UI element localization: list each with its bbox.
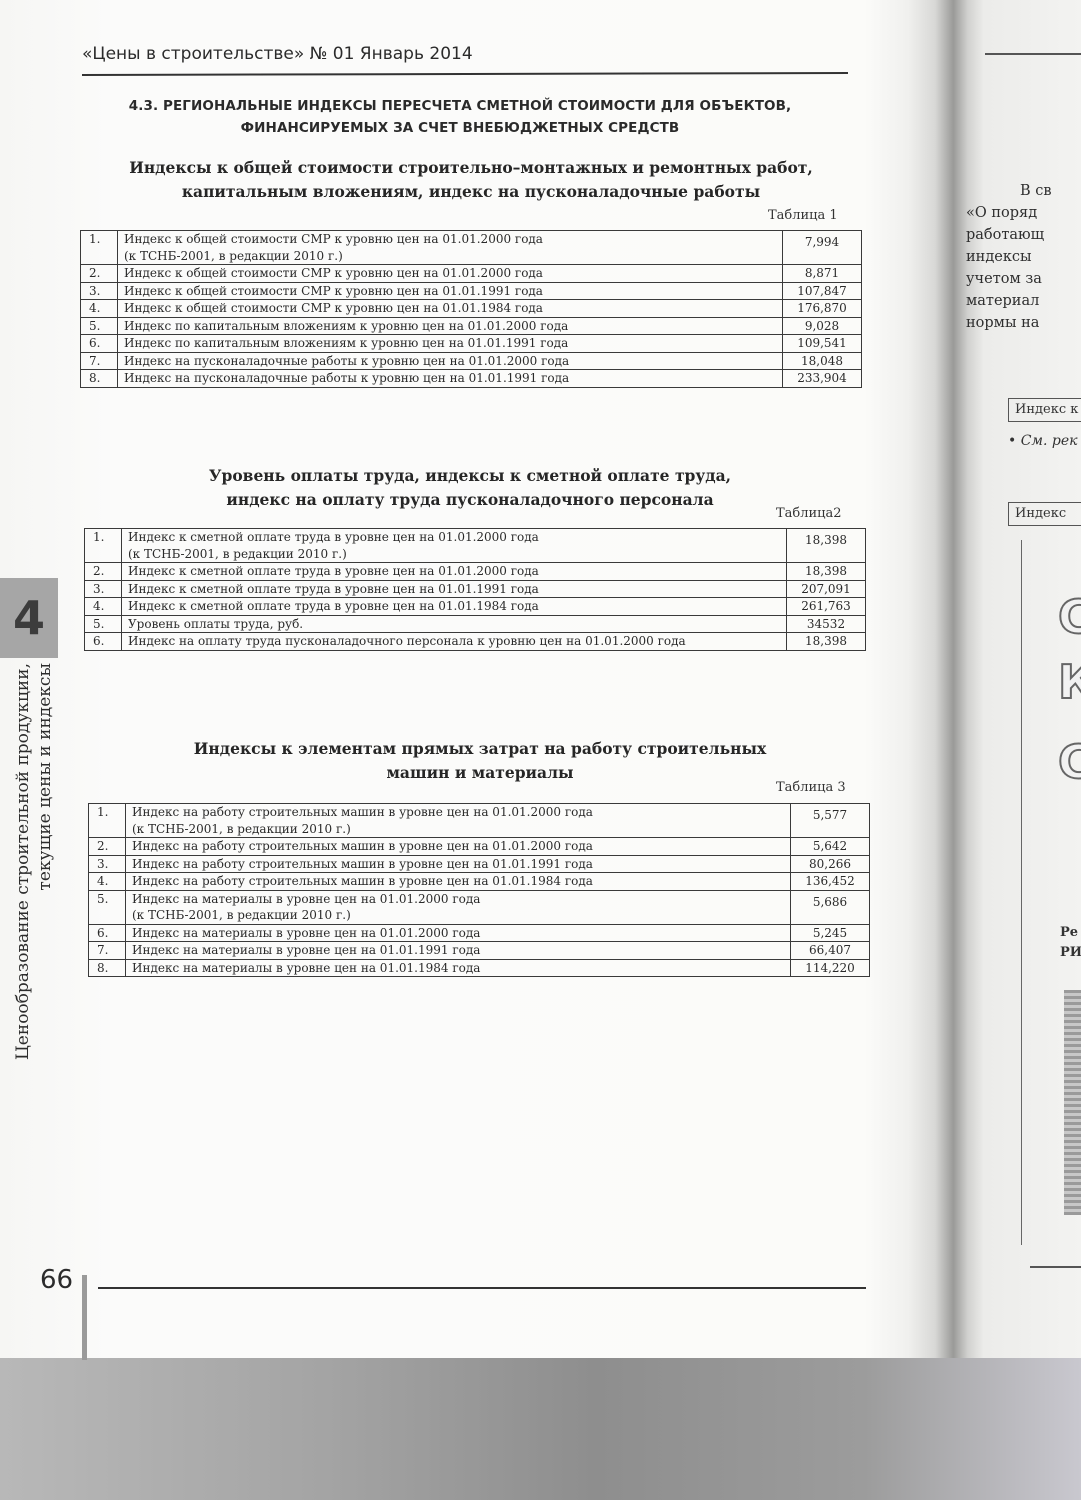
- row-description: Индекс к общей стоимости СМР к уровню це…: [118, 282, 783, 300]
- row-description: Индекс на материалы в уровне цен на 01.0…: [126, 959, 791, 977]
- table-row: 3.Индекс к общей стоимости СМР к уровню …: [81, 282, 862, 300]
- row-description: Индекс на работу строительных машин в ур…: [126, 855, 791, 873]
- neighbor-text-line: «О поряд: [966, 202, 1081, 224]
- row-description-line: Индекс к общей стоимости СМР к уровню це…: [124, 300, 776, 317]
- table2-title: Уровень оплаты труда, индексы к сметной …: [110, 464, 830, 512]
- table-row: 1.Индекс на работу строительных машин в …: [89, 804, 870, 838]
- row-description: Индекс на пусконаладочные работы к уровн…: [118, 370, 783, 388]
- index-value: 8,871: [783, 265, 862, 283]
- table3: 1.Индекс на работу строительных машин в …: [88, 803, 870, 977]
- row-description-line: Индекс на работу строительных машин в ур…: [132, 804, 784, 821]
- neighbor-text-line: работающ: [966, 224, 1081, 246]
- neighbor-text-line: нормы на: [966, 312, 1081, 334]
- neighbor-small-text: Ре: [1060, 925, 1078, 940]
- table-row: 7.Индекс на материалы в уровне цен на 01…: [89, 942, 870, 960]
- row-description: Индекс по капитальным вложениям к уровню…: [118, 317, 783, 335]
- table-row: 1.Индекс к сметной оплате труда в уровне…: [85, 529, 866, 563]
- index-value: 5,642: [791, 838, 870, 856]
- table2-caption: Таблица2: [776, 506, 842, 521]
- table-row: 2.Индекс к сметной оплате труда в уровне…: [85, 563, 866, 581]
- index-value: 207,091: [787, 580, 866, 598]
- neighbor-decorative-strip: [1064, 990, 1081, 1215]
- table-row: 6.Индекс по капитальным вложениям к уров…: [81, 335, 862, 353]
- row-number: 1.: [85, 529, 122, 563]
- row-number: 6.: [85, 633, 122, 651]
- table-row: 4.Индекс на работу строительных машин в …: [89, 873, 870, 891]
- row-number: 2.: [89, 838, 126, 856]
- table2: 1.Индекс к сметной оплате труда в уровне…: [84, 528, 866, 651]
- row-number: 3.: [81, 282, 118, 300]
- row-description-line: Индекс к общей стоимости СМР к уровню це…: [124, 231, 776, 248]
- row-number: 4.: [89, 873, 126, 891]
- table1-caption: Таблица 1: [768, 208, 838, 223]
- row-number: 6.: [81, 335, 118, 353]
- row-description: Индекс к сметной оплате труда в уровне ц…: [122, 529, 787, 563]
- table-row: 5.Уровень оплаты труда, руб.34532: [85, 615, 866, 633]
- neighbor-text-line: В св: [966, 180, 1081, 202]
- row-number: 5.: [81, 317, 118, 335]
- table-row: 4.Индекс к сметной оплате труда в уровне…: [85, 598, 866, 616]
- table3-caption: Таблица 3: [776, 780, 846, 795]
- table-row: 3.Индекс к сметной оплате труда в уровне…: [85, 580, 866, 598]
- row-description-line: (к ТСНБ-2001, в редакции 2010 г.): [132, 907, 784, 924]
- table1-title-line: капитальным вложениям, индекс на пускона…: [86, 180, 856, 204]
- table-row: 5.Индекс по капитальным вложениям к уров…: [81, 317, 862, 335]
- row-description: Индекс по капитальным вложениям к уровню…: [118, 335, 783, 353]
- row-description-line: Индекс к общей стоимости СМР к уровню це…: [124, 283, 776, 300]
- chapter-number: 4: [13, 591, 45, 645]
- row-description-line: Индекс к сметной оплате труда в уровне ц…: [128, 563, 780, 580]
- neighbor-text-line: индексы: [966, 246, 1081, 268]
- index-value: 5,686: [791, 890, 870, 924]
- row-description: Индекс к общей стоимости СМР к уровню це…: [118, 231, 783, 265]
- neighbor-small-text: РИ: [1060, 945, 1081, 960]
- table-row: 5.Индекс на материалы в уровне цен на 01…: [89, 890, 870, 924]
- table1: 1.Индекс к общей стоимости СМР к уровню …: [80, 230, 862, 388]
- section-title-line: ФИНАНСИРУЕМЫХ ЗА СЧЕТ ВНЕБЮДЖЕТНЫХ СРЕДС…: [100, 117, 820, 139]
- row-description-line: Индекс по капитальным вложениям к уровню…: [124, 318, 776, 335]
- index-value: 66,407: [791, 942, 870, 960]
- neighbor-big-letter: С: [1058, 735, 1081, 789]
- row-description-line: (к ТСНБ-2001, в редакции 2010 г.): [132, 821, 784, 838]
- row-description-line: Уровень оплаты труда, руб.: [128, 616, 780, 633]
- row-description: Индекс на материалы в уровне цен на 01.0…: [126, 924, 791, 942]
- row-number: 3.: [85, 580, 122, 598]
- index-value: 80,266: [791, 855, 870, 873]
- table2-title-line: индекс на оплату труда пусконаладочного …: [110, 488, 830, 512]
- index-value: 109,541: [783, 335, 862, 353]
- footer-rule: [98, 1287, 866, 1289]
- row-description: Индекс на пусконаладочные работы к уровн…: [118, 352, 783, 370]
- neighbor-footnote: • См. рек: [1008, 433, 1078, 449]
- table-row: 2.Индекс к общей стоимости СМР к уровню …: [81, 265, 862, 283]
- chapter-sidebar-line: Ценообразование строительной продукции,: [12, 663, 34, 1103]
- index-value: 261,763: [787, 598, 866, 616]
- row-number: 5.: [89, 890, 126, 924]
- row-description: Индекс на материалы в уровне цен на 01.0…: [126, 942, 791, 960]
- row-description: Индекс к сметной оплате труда в уровне ц…: [122, 580, 787, 598]
- row-number: 3.: [89, 855, 126, 873]
- row-description-line: Индекс по капитальным вложениям к уровню…: [124, 335, 776, 352]
- row-number: 1.: [89, 804, 126, 838]
- row-description: Индекс к общей стоимости СМР к уровню це…: [118, 265, 783, 283]
- row-description-line: Индекс на работу строительных машин в ур…: [132, 873, 784, 890]
- table3-title-line: Индексы к элементам прямых затрат на раб…: [140, 737, 820, 761]
- row-number: 4.: [81, 300, 118, 318]
- row-description-line: Индекс к сметной оплате труда в уровне ц…: [128, 598, 780, 615]
- section-title: 4.3. РЕГИОНАЛЬНЫЕ ИНДЕКСЫ ПЕРЕСЧЕТА СМЕТ…: [100, 95, 820, 139]
- row-description: Индекс на работу строительных машин в ур…: [126, 804, 791, 838]
- row-description-line: Индекс на пусконаладочные работы к уровн…: [124, 370, 776, 387]
- row-description-line: Индекс на оплату труда пусконаладочного …: [128, 633, 780, 650]
- neighbor-box: Индекс к: [1008, 398, 1081, 422]
- sidebar-rule: [82, 1275, 87, 1360]
- row-description-line: Индекс на работу строительных машин в ур…: [132, 856, 784, 873]
- row-number: 2.: [81, 265, 118, 283]
- row-description-line: Индекс к сметной оплате труда в уровне ц…: [128, 581, 780, 598]
- row-description: Уровень оплаты труда, руб.: [122, 615, 787, 633]
- table1-title-line: Индексы к общей стоимости строительно–мо…: [86, 156, 856, 180]
- row-number: 5.: [85, 615, 122, 633]
- table-row: 8.Индекс на пусконаладочные работы к уро…: [81, 370, 862, 388]
- row-number: 6.: [89, 924, 126, 942]
- row-number: 8.: [81, 370, 118, 388]
- index-value: 107,847: [783, 282, 862, 300]
- neighbor-text-line: материал: [966, 290, 1081, 312]
- row-description-line: Индекс к сметной оплате труда в уровне ц…: [128, 529, 780, 546]
- index-value: 18,398: [787, 563, 866, 581]
- table-row: 8.Индекс на материалы в уровне цен на 01…: [89, 959, 870, 977]
- row-description-line: Индекс на материалы в уровне цен на 01.0…: [132, 960, 784, 977]
- row-description-line: Индекс на материалы в уровне цен на 01.0…: [132, 891, 784, 908]
- running-header: «Цены в строительстве» № 01 Январь 2014: [82, 44, 473, 64]
- row-description: Индекс на работу строительных машин в ур…: [126, 873, 791, 891]
- table-row: 3.Индекс на работу строительных машин в …: [89, 855, 870, 873]
- index-value: 233,904: [783, 370, 862, 388]
- neighbor-big-letter: С: [1058, 590, 1081, 644]
- index-value: 136,452: [791, 873, 870, 891]
- row-description-line: Индекс на материалы в уровне цен на 01.0…: [132, 942, 784, 959]
- index-value: 114,220: [791, 959, 870, 977]
- table-row: 6.Индекс на оплату труда пусконаладочног…: [85, 633, 866, 651]
- table-row: 2.Индекс на работу строительных машин в …: [89, 838, 870, 856]
- chapter-sidebar-title: Ценообразование строительной продукции, …: [12, 663, 56, 1103]
- row-description-line: Индекс к общей стоимости СМР к уровню це…: [124, 265, 776, 282]
- index-value: 18,398: [787, 529, 866, 563]
- row-number: 4.: [85, 598, 122, 616]
- row-description: Индекс к сметной оплате труда в уровне ц…: [122, 598, 787, 616]
- neighbor-box: Индекс: [1008, 502, 1081, 526]
- neighbor-page-text: В св«О порядработающиндексыучетом замате…: [966, 180, 1081, 334]
- row-number: 7.: [81, 352, 118, 370]
- row-description: Индекс к общей стоимости СМР к уровню це…: [118, 300, 783, 318]
- row-number: 1.: [81, 231, 118, 265]
- table-row: 1.Индекс к общей стоимости СМР к уровню …: [81, 231, 862, 265]
- row-number: 7.: [89, 942, 126, 960]
- index-value: 18,398: [787, 633, 866, 651]
- row-description-line: (к ТСНБ-2001, в редакции 2010 г.): [124, 248, 776, 265]
- row-number: 8.: [89, 959, 126, 977]
- row-description: Индекс к сметной оплате труда в уровне ц…: [122, 563, 787, 581]
- table3-title: Индексы к элементам прямых затрат на раб…: [140, 737, 820, 785]
- index-value: 5,577: [791, 804, 870, 838]
- row-number: 2.: [85, 563, 122, 581]
- table1-title: Индексы к общей стоимости строительно–мо…: [86, 156, 856, 204]
- chapter-sidebar-line: текущие цены и индексы: [34, 663, 56, 1103]
- table-row: 6.Индекс на материалы в уровне цен на 01…: [89, 924, 870, 942]
- section-title-line: 4.3. РЕГИОНАЛЬНЫЕ ИНДЕКСЫ ПЕРЕСЧЕТА СМЕТ…: [100, 95, 820, 117]
- neighbor-text-line: учетом за: [966, 268, 1081, 290]
- table3-title-line: машин и материалы: [140, 761, 820, 785]
- index-value: 18,048: [783, 352, 862, 370]
- row-description: Индекс на работу строительных машин в ур…: [126, 838, 791, 856]
- row-description-line: (к ТСНБ-2001, в редакции 2010 г.): [128, 546, 780, 563]
- index-value: 5,245: [791, 924, 870, 942]
- neighbor-header-rule: [985, 53, 1081, 55]
- table-row: 7.Индекс на пусконаладочные работы к уро…: [81, 352, 862, 370]
- row-description-line: Индекс на работу строительных машин в ур…: [132, 838, 784, 855]
- row-description-line: Индекс на пусконаладочные работы к уровн…: [124, 353, 776, 370]
- row-description: Индекс на оплату труда пусконаладочного …: [122, 633, 787, 651]
- row-description: Индекс на материалы в уровне цен на 01.0…: [126, 890, 791, 924]
- index-value: 9,028: [783, 317, 862, 335]
- index-value: 34532: [787, 615, 866, 633]
- table2-title-line: Уровень оплаты труда, индексы к сметной …: [110, 464, 830, 488]
- index-value: 176,870: [783, 300, 862, 318]
- page-number: 66: [40, 1265, 73, 1295]
- index-value: 7,994: [783, 231, 862, 265]
- neighbor-big-letter: К: [1058, 655, 1081, 709]
- row-description-line: Индекс на материалы в уровне цен на 01.0…: [132, 925, 784, 942]
- neighbor-footer-rule: [1030, 1266, 1081, 1268]
- chapter-tab: 4: [0, 578, 58, 658]
- table-row: 4.Индекс к общей стоимости СМР к уровню …: [81, 300, 862, 318]
- scan-background: [0, 1358, 1081, 1500]
